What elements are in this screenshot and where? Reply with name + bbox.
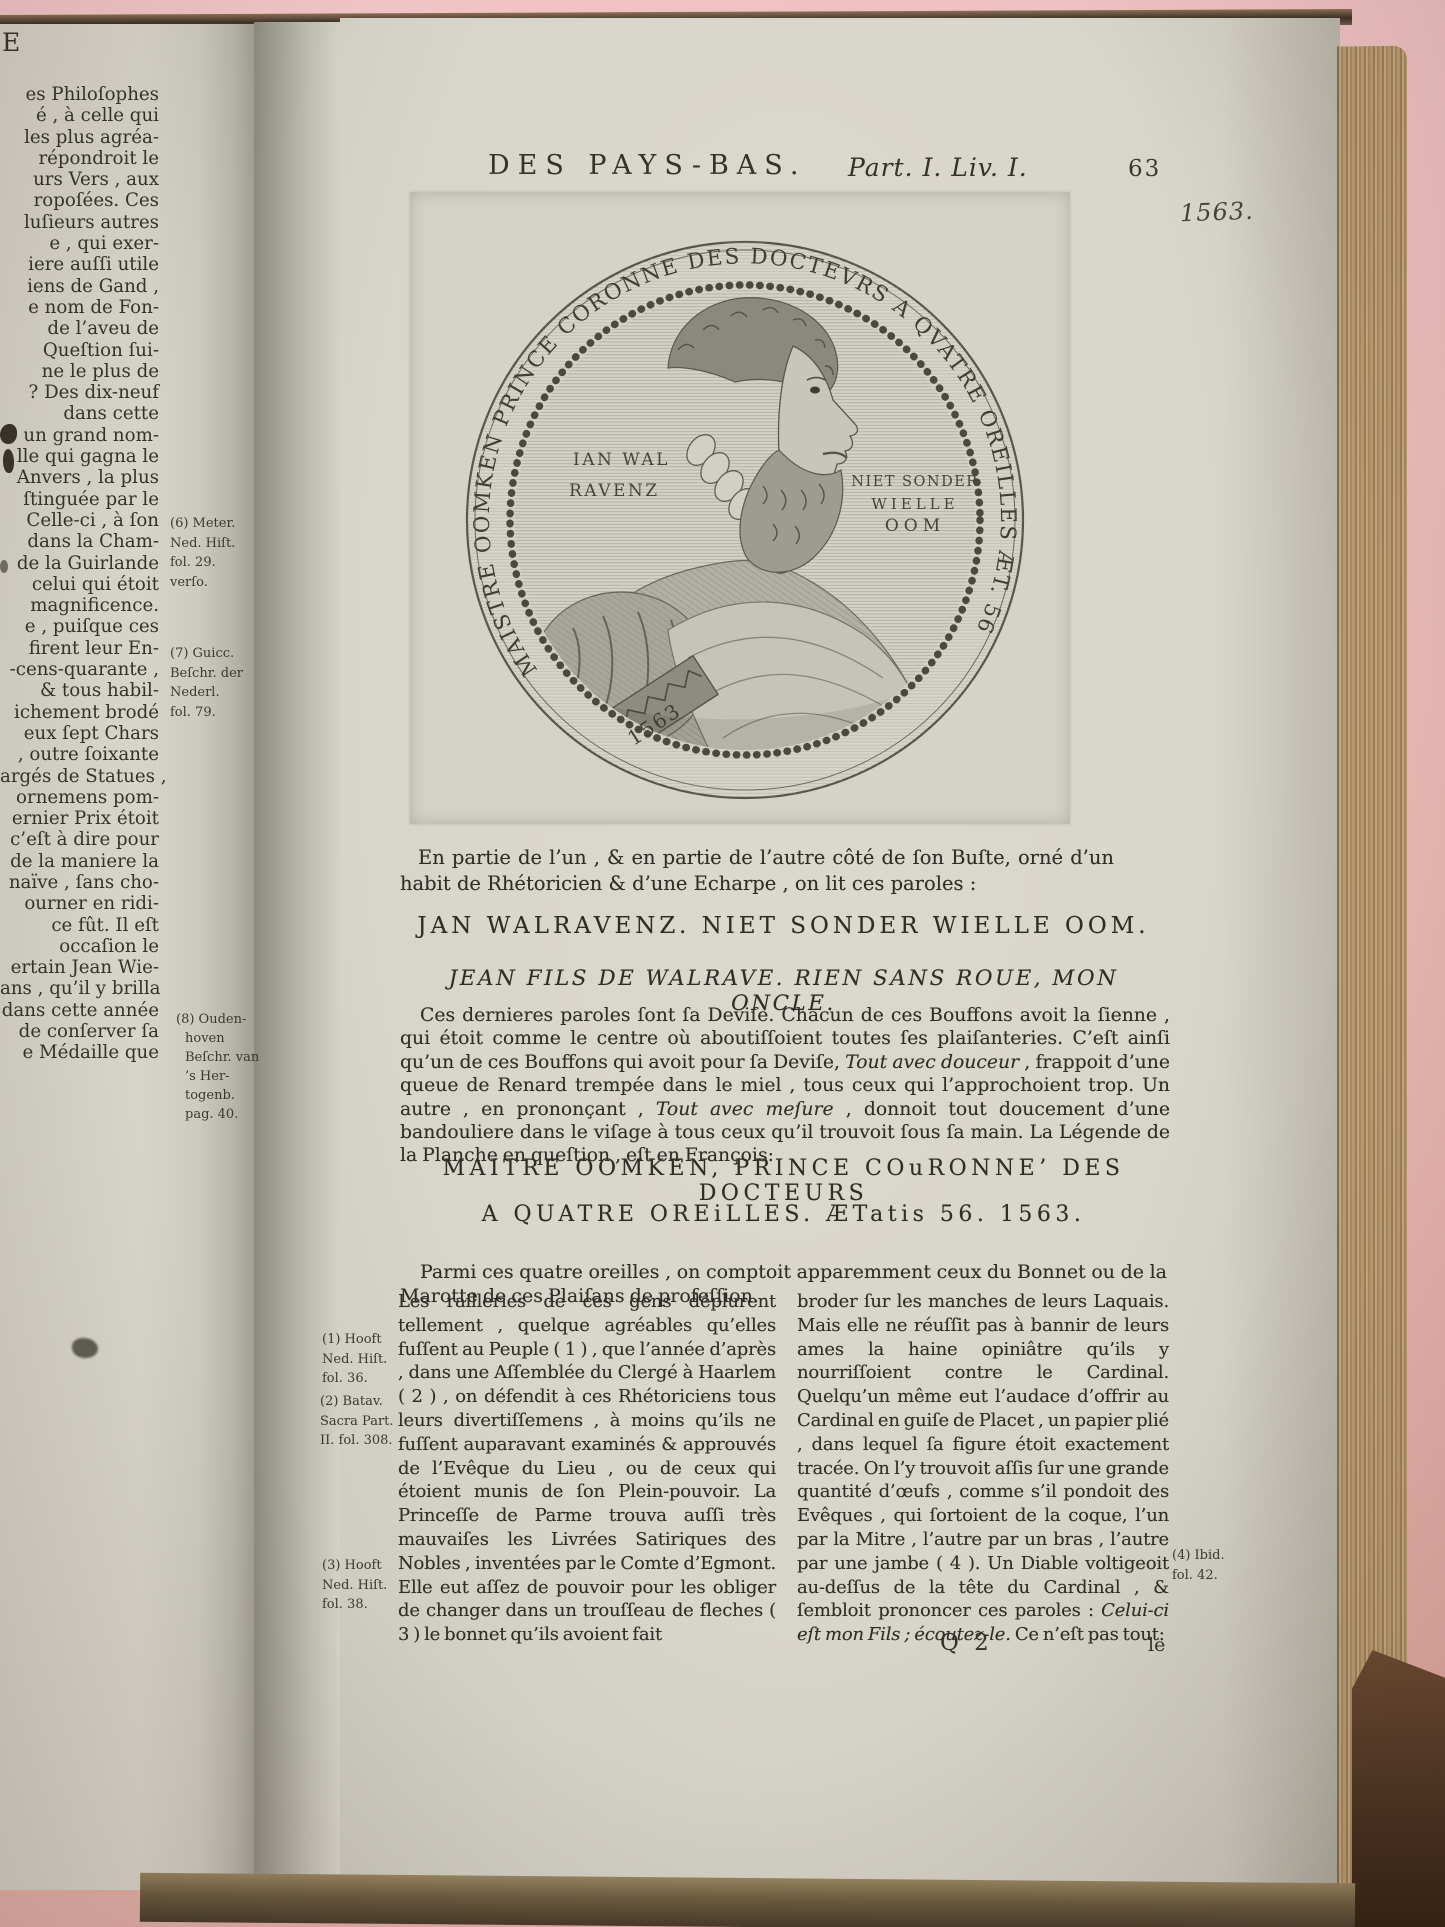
handwritten-year: 1563. (1180, 197, 1255, 228)
margin-note-2: (2) Batav.Sacra Part.II. fol. 308. (320, 1392, 394, 1451)
text-run: Tout avec meſure (656, 1099, 834, 1120)
left-page-text-line: ernier Prix étoit (0, 808, 159, 829)
left-page-text-line: iens de Gand , (0, 276, 159, 297)
left-page-text-line: & tous habil- (0, 680, 159, 701)
margin-note-line: II. fol. 308. (320, 1431, 394, 1451)
left-page-text-line: Anvers , la plus (0, 467, 159, 488)
left-page-text-line: ce fût. Il eſt (0, 915, 159, 936)
left-page-text-line: celui qui étoit (0, 574, 159, 595)
left-page-text-column: es Philoſophesé , à celle quiles plus ag… (0, 84, 159, 1064)
left-page-text-line: luſieurs autres (0, 212, 159, 233)
left-page-text-line: ertain Jean Wie- (0, 957, 159, 978)
left-page-text-line: e , puiſque ces (0, 616, 159, 637)
display-legend-line-1: MAITRE OOMKEN, PRINCE COuRONNE’ DES DOCT… (400, 1156, 1167, 1206)
left-page-text-line: ichement brodé (0, 702, 159, 723)
margin-note-line: fol. 42. (1172, 1566, 1225, 1586)
left-page-text-line: les plus agréa- (0, 127, 159, 148)
ink-blot (0, 560, 8, 573)
ink-blot (0, 424, 17, 444)
display-legend-line-2: A QUATRE OREiLLES. ÆTatis 56. 1563. (400, 1202, 1167, 1227)
catchword: le (1148, 1634, 1165, 1656)
left-page-text-line: dans cette année (0, 1000, 159, 1021)
left-page-text-line: Queſtion ſui- (0, 340, 159, 361)
left-page-text-line: ourner en ridi- (0, 893, 159, 914)
part-book-indicator: Part. I. Liv. I. (848, 153, 1028, 182)
left-page-text-line: ſtinguée par le (0, 489, 159, 510)
margin-note-3: (3) HooftNed. Hiſt.fol. 38. (322, 1556, 387, 1615)
left-page-text-line: , outre ſoixante (0, 744, 159, 765)
left-page-text-line: ornemens pom- (0, 787, 159, 808)
medallion-inscription-right-2: WIELLE (871, 495, 958, 513)
margin-note-1: (1) HooftNed. Hiſt.fol. 36. (322, 1330, 387, 1389)
left-page-text-line: de conſerver ſa (0, 1021, 159, 1042)
left-page-text-line: ans , qu’il y brilla (0, 978, 159, 999)
left-page-text-line: de l’aveu de (0, 318, 159, 339)
margin-note-line: Ned. Hiſt. (322, 1350, 387, 1370)
book-bottom-edge (140, 1873, 1355, 1927)
margin-note-7: (7) Guicc.Beſchr. derNederl.fol. 79. (170, 644, 243, 722)
margin-note-line: Beſchr. van (176, 1048, 259, 1067)
left-page-text-line: urs Vers , aux (0, 169, 159, 190)
margin-note-line: (2) Batav. (320, 1392, 394, 1412)
text-column-left: Les railleries de ces gens déplurent tel… (398, 1290, 776, 1647)
margin-note-line: (6) Meter. (170, 514, 235, 534)
left-page-text-line: dans cette (0, 403, 159, 424)
ink-smudge (72, 1338, 98, 1358)
medallion-engraving: MAISTRE OOMKEN PRINCE CORONNE DES DOCTEV… (463, 238, 1027, 802)
margin-note-line: Ned. Hiſt. (170, 534, 235, 554)
left-page-text-line: occaſion le (0, 936, 159, 957)
margin-note-line: togenb. (176, 1086, 259, 1105)
left-page-text-line: eux ſept Chars (0, 723, 159, 744)
left-page-text-line: lle qui gagna le (0, 446, 159, 467)
margin-note-line: Sacra Part. (320, 1412, 394, 1432)
left-page-text-line: firent leur En- (0, 638, 159, 659)
page-number: 63 (1128, 156, 1161, 182)
leather-cover-corner (1352, 1650, 1445, 1927)
margin-note-line: verſo. (170, 573, 235, 593)
left-page-text-line: dans la Cham- (0, 531, 159, 552)
text-run: Tout avec douceur (845, 1052, 1019, 1073)
left-page-text-line: de la Guirlande (0, 553, 159, 574)
book-photo: E es Philoſophesé , à celle quiles plus … (0, 0, 1445, 1927)
medallion-inscription-left-1: IAN WAL (573, 450, 670, 470)
margin-note-line: (3) Hooft (322, 1556, 387, 1576)
margin-note-line: (7) Guicc. (170, 644, 243, 664)
fore-edge-pages (1337, 46, 1407, 1903)
left-page-header-fragment: E (2, 28, 22, 57)
left-page-text-line: é , à celle qui (0, 105, 159, 126)
margin-note-line: fol. 79. (170, 703, 243, 723)
margin-note-line: hoven (176, 1029, 259, 1048)
left-page-text-line: magnificence. (0, 595, 159, 616)
left-page-text-line: de la maniere la (0, 851, 159, 872)
left-page-text-line: es Philoſophes (0, 84, 159, 105)
paragraph-devise: Ces dernieres paroles ſont ſa Deviſe. Ch… (400, 1004, 1170, 1168)
left-page-text-line: Celle-ci , à ſon (0, 510, 159, 531)
text-run: broder ſur les manches de leurs Laquais.… (797, 1291, 1169, 1621)
margin-note-line: (4) Ibid. (1172, 1546, 1225, 1566)
margin-note-line: Nederl. (170, 683, 243, 703)
margin-note-6: (6) Meter.Ned. Hiſt.fol. 29.verſo. (170, 514, 235, 592)
left-page-text-line: e Médaille que (0, 1042, 159, 1063)
margin-note-4: (4) Ibid.fol. 42. (1172, 1546, 1225, 1585)
medallion-inscription-right-1: NIET SONDER (851, 474, 978, 490)
medallion-inscription-right-3: OOM (885, 516, 945, 536)
left-page-text-line: e nom de Fon- (0, 297, 159, 318)
text-column-right: broder ſur les manches de leurs Laquais.… (797, 1290, 1169, 1647)
margin-note-line: fol. 36. (322, 1369, 387, 1389)
left-page-text-line: -cens-quarante , (0, 659, 159, 680)
display-line-dutch: JAN WALRAVENZ. NIET SONDER WIELLE OOM. (400, 913, 1167, 939)
running-title: DES PAYS-BAS. (488, 150, 806, 181)
ink-blot (3, 449, 14, 473)
margin-note-line: (8) Ouden- (176, 1010, 259, 1029)
medallion-inscription-left-2: RAVENZ (569, 481, 660, 501)
left-page-text-line: ? Des dix-neuf (0, 382, 159, 403)
quire-signature: Q 2 (940, 1630, 993, 1656)
margin-note-line: fol. 29. (170, 553, 235, 573)
margin-note-line: pag. 40. (176, 1105, 259, 1124)
left-page-text-line: naïve , ſans cho- (0, 872, 159, 893)
left-page-text-line: ne le plus de (0, 361, 159, 382)
left-page-text-line: ropoſées. Ces (0, 190, 159, 211)
left-page-text-line: un grand nom- (0, 425, 159, 446)
text-run: Ce n’eſt pas tout: (1011, 1624, 1165, 1645)
margin-note-8: (8) Ouden-hovenBeſchr. van’s Her-togenb.… (176, 1010, 259, 1124)
margin-note-line: fol. 38. (322, 1595, 387, 1615)
margin-note-line: Ned. Hiſt. (322, 1576, 387, 1596)
margin-note-line: (1) Hooft (322, 1330, 387, 1350)
left-page-text-line: e , qui exer- (0, 233, 159, 254)
margin-note-line: ’s Her- (176, 1067, 259, 1086)
left-page-text-line: argés de Statues , (0, 766, 159, 787)
caption-intro: En partie de l’un , & en partie de l’aut… (400, 845, 1114, 897)
margin-note-line: Beſchr. der (170, 664, 243, 684)
left-page-text-line: iere auſſi utile (0, 254, 159, 275)
left-page-text-line: répondroit le (0, 148, 159, 169)
left-page-text-line: c’eſt à dire pour (0, 829, 159, 850)
